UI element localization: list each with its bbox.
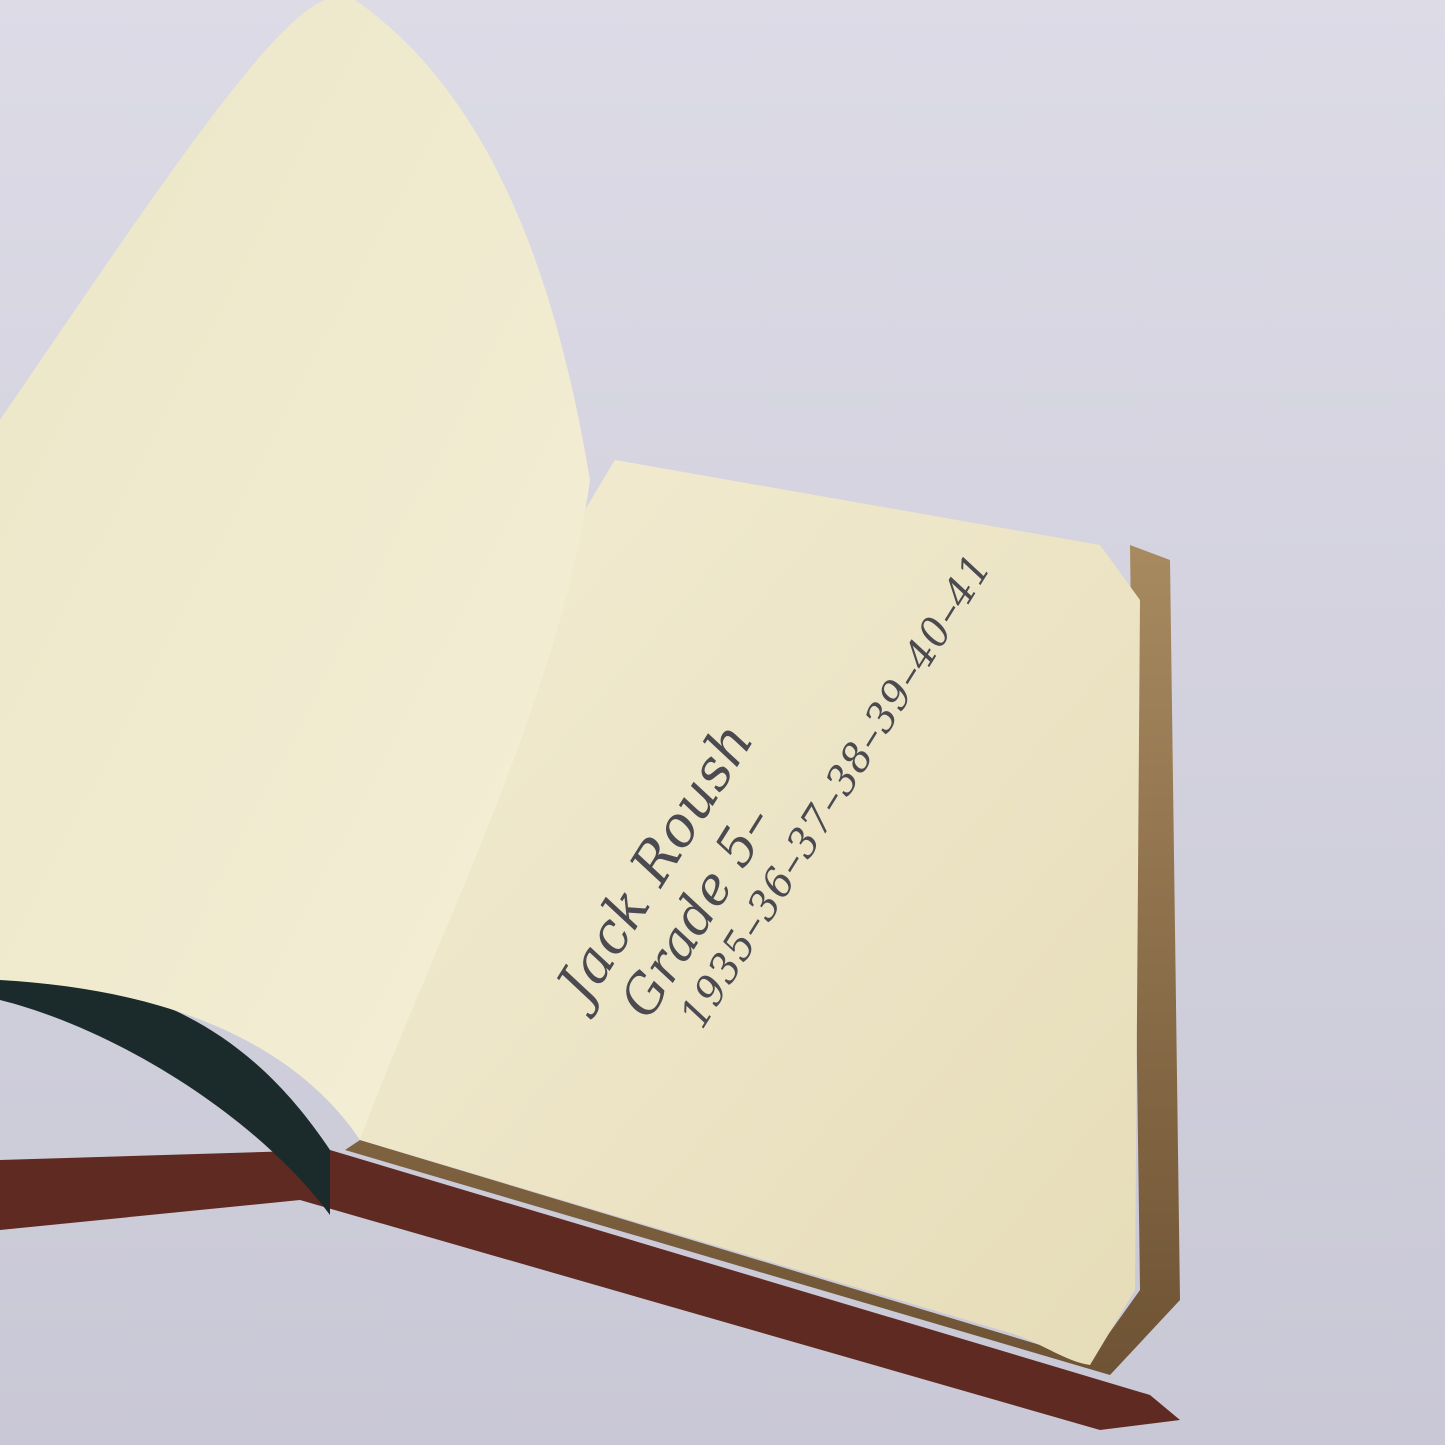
photo-scene: Jack Roush Grade 5– 1935–36–37–38–39–40–… (0, 0, 1445, 1445)
